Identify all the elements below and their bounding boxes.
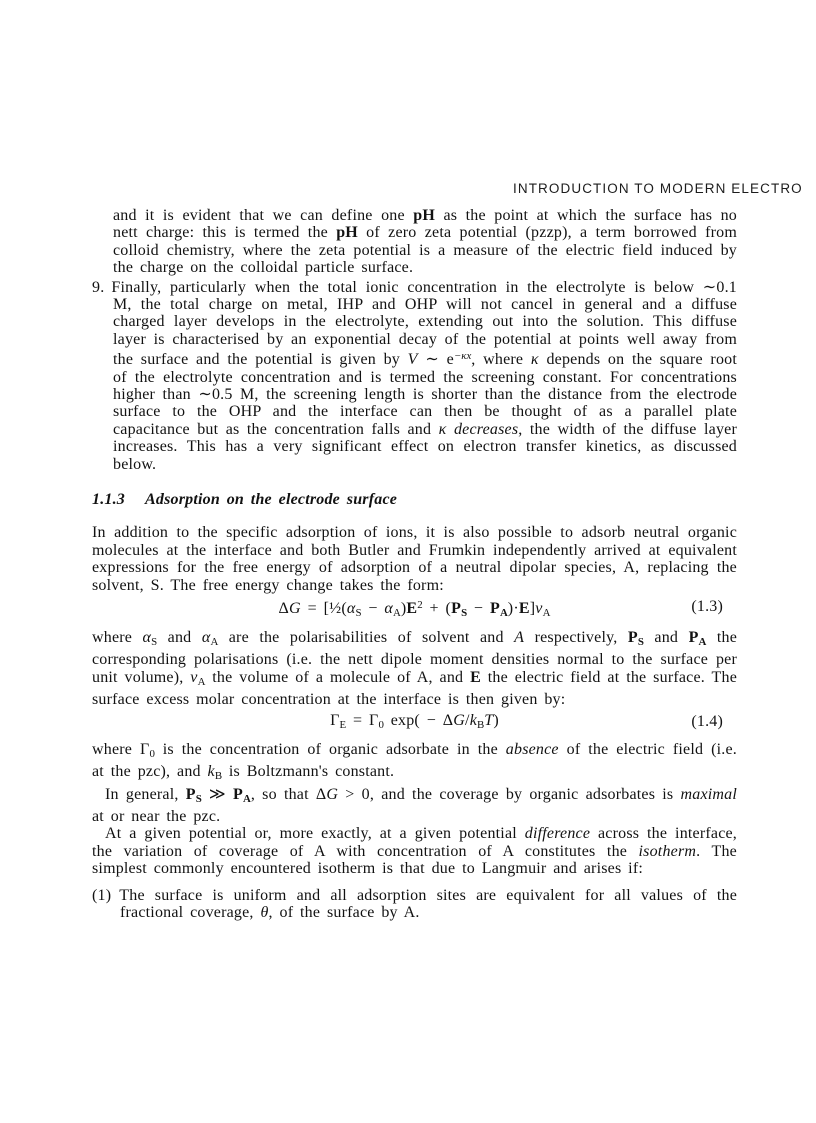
paragraph-zeta-potential: and it is evident that we can define one… [113,207,737,277]
section-heading: 1.1.3Adsorption on the electrode surface [92,491,737,508]
list-item-9-number: 9. [92,279,104,296]
equation-1-3: ΔG = [½(αS − αA)E2 + (PS − PA)·E]vA(1.3) [92,596,737,623]
equation-1-4-number: (1.4) [691,712,723,731]
list-item-1: (1)The surface is uniform and all adsorp… [92,887,737,922]
page-content: and it is evident that we can define one… [92,207,737,921]
equation-1-4-body: ΓE = Γ0 exp( − ΔG/kBT) [330,712,499,729]
section-number: 1.1.3 [92,491,125,508]
paragraph-isotherm: At a given potential or, more exactly, a… [92,825,737,877]
paragraph-adsorption-intro: In addition to the specific adsorption o… [92,524,737,594]
paragraph-in-general: In general, PS ≫ PA, so that ΔG > 0, and… [92,786,737,826]
list-item-1-text: The surface is uniform and all adsorptio… [119,887,737,921]
section-title: Adsorption on the electrode surface [145,491,397,508]
running-head: INTRODUCTION TO MODERN ELECTRO [513,181,803,196]
paragraph-polarisabilities: where αS and αA are the polarisabilities… [92,629,737,709]
book-page: INTRODUCTION TO MODERN ELECTRO and it is… [0,0,816,1123]
equation-1-3-body: ΔG = [½(αS − αA)E2 + (PS − PA)·E]vA [279,600,551,617]
list-item-9-text: Finally, particularly when the total ion… [111,279,737,473]
list-item-9: 9.Finally, particularly when the total i… [92,279,737,473]
list-item-1-number: (1) [92,887,111,904]
equation-1-4: ΓE = Γ0 exp( − ΔG/kBT)(1.4) [92,711,737,735]
equation-1-3-number: (1.3) [691,597,723,616]
paragraph-boltzmann: where Γ0 is the concentration of organic… [92,741,737,786]
